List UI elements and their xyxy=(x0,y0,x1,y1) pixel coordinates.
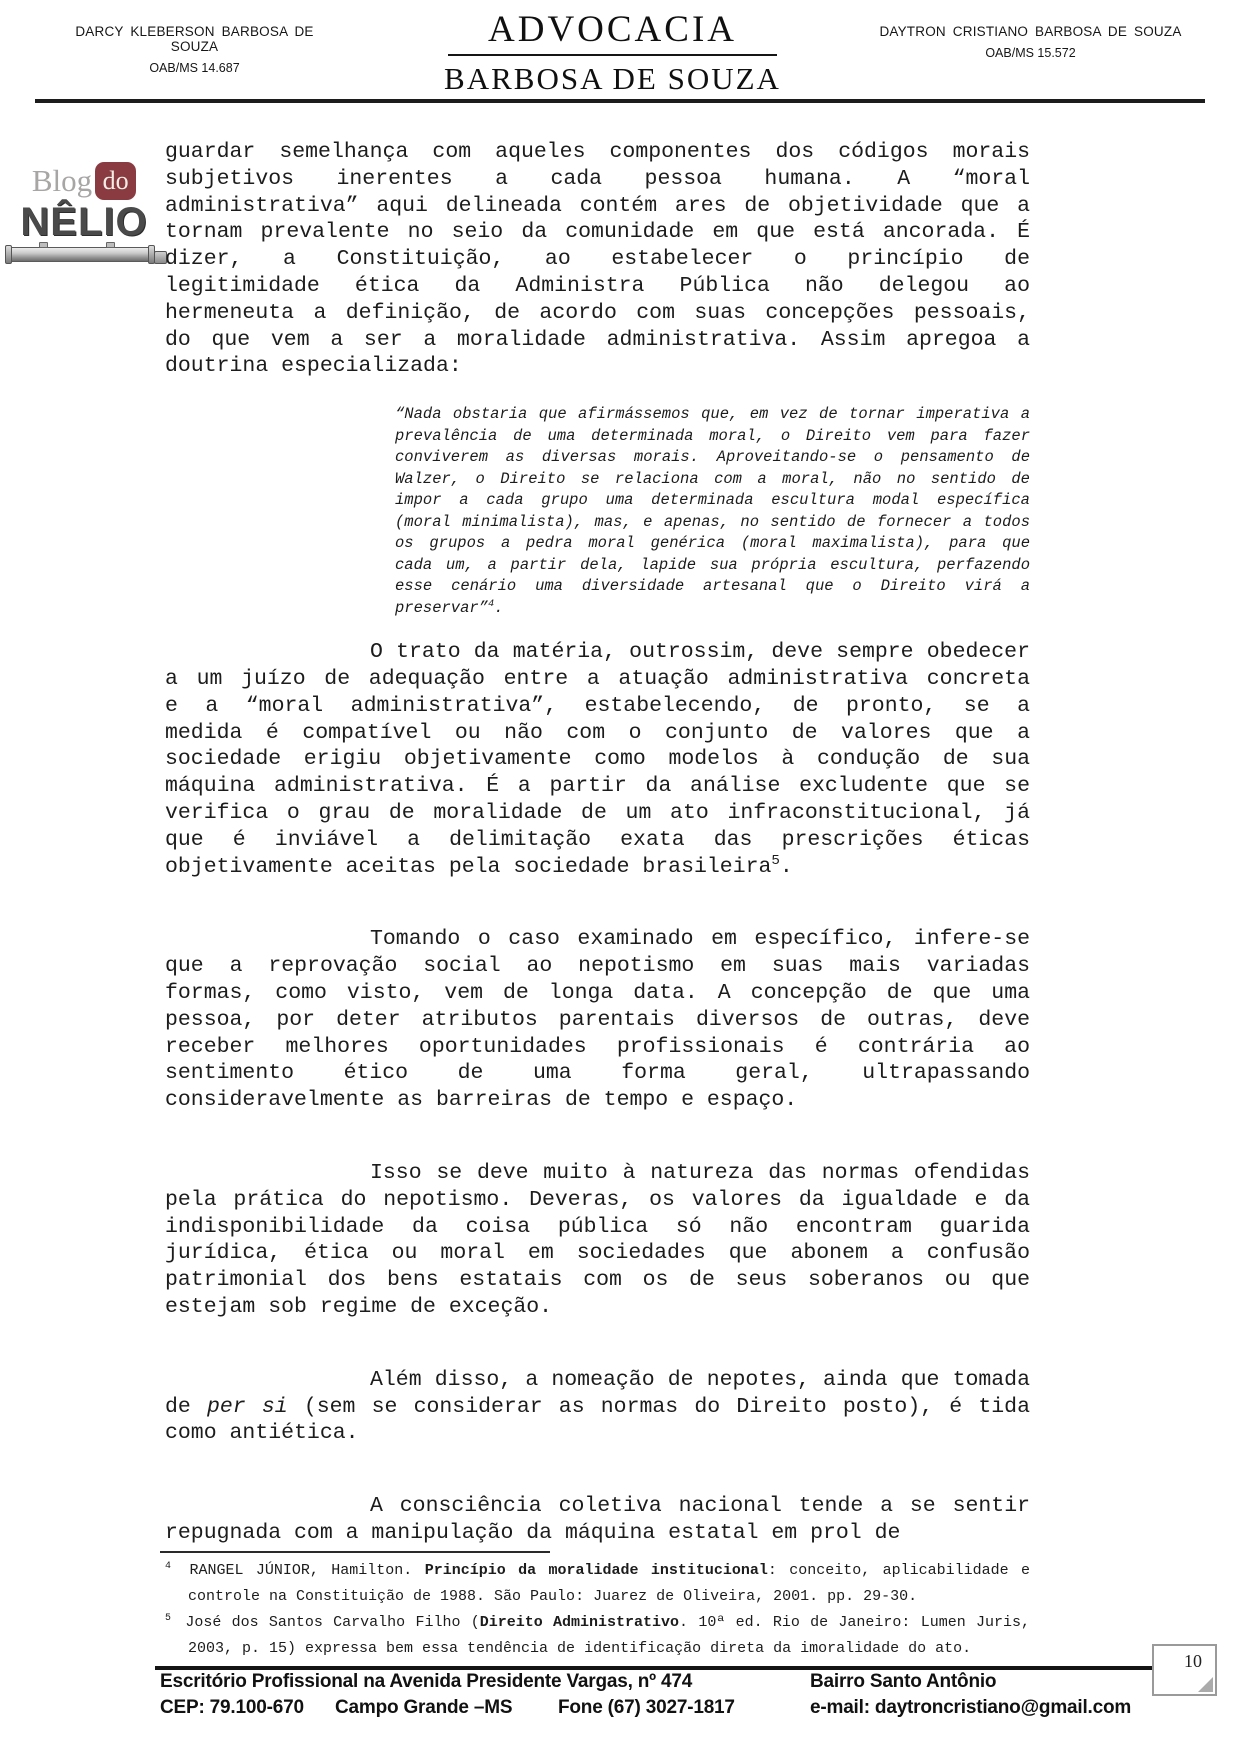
doctrine-blockquote: “Nada obstaria que afirmássemos que, em … xyxy=(395,404,1030,619)
lawyer-left-oab: OAB/MS 14.687 xyxy=(52,61,337,75)
lawyer-right-oab: OAB/MS 15.572 xyxy=(868,46,1193,60)
footer-district: Bairro Santo Antônio xyxy=(810,1671,996,1693)
lawyer-right-block: DAYTRON CRISTIANO BARBOSA DE SOUZA OAB/M… xyxy=(868,24,1193,60)
footer-phone: Fone (67) 3027-1817 xyxy=(558,1697,735,1719)
pipe-nub-icon xyxy=(106,242,115,248)
logo-word-nelio: NÊLIO xyxy=(6,200,162,244)
body-paragraph-5: Além disso, a nomeação de nepotes, ainda… xyxy=(165,1367,1030,1447)
page-corner-fold-icon xyxy=(1198,1677,1213,1692)
logo-pipe-graphic xyxy=(8,247,152,262)
logo-word-blog: Blog xyxy=(32,163,92,199)
lawyer-left-block: DARCY KLEBERSON BARBOSA DE SOUZA OAB/MS … xyxy=(52,24,337,75)
body-paragraph-6: A consciência coletiva nacional tende a … xyxy=(165,1493,1030,1547)
logo-do-badge: do xyxy=(95,162,136,200)
footnote-5: 5 José dos Santos Carvalho Filho (Direit… xyxy=(165,1610,1030,1662)
body-paragraph-3: Tomando o caso examinado em específico, … xyxy=(165,926,1030,1114)
footnotes-section: 4 RANGEL JÚNIOR, Hamilton. Princípio da … xyxy=(165,1558,1030,1662)
pipe-nub-icon xyxy=(39,242,48,248)
blog-do-nelio-logo: Blog do NÊLIO xyxy=(6,162,162,262)
document-body: guardar semelhança com aqueles component… xyxy=(165,139,1030,1547)
body-paragraph-2: O trato da matéria, outrossim, deve semp… xyxy=(165,639,1030,880)
firm-title-block: ADVOCACIA BARBOSA DE SOUZA xyxy=(440,8,785,97)
firm-title-line1: ADVOCACIA xyxy=(440,8,785,51)
footer-city: Campo Grande –MS xyxy=(335,1697,512,1719)
firm-title-line2: BARBOSA DE SOUZA xyxy=(440,61,785,97)
page-number: 10 xyxy=(1184,1651,1202,1672)
header-double-rule xyxy=(35,99,1205,103)
lawyer-left-name: DARCY KLEBERSON BARBOSA DE SOUZA xyxy=(52,24,337,54)
footer-cep: CEP: 79.100-670 xyxy=(160,1697,304,1719)
lawyer-right-name: DAYTRON CRISTIANO BARBOSA DE SOUZA xyxy=(868,24,1193,39)
body-paragraph-1: guardar semelhança com aqueles component… xyxy=(165,139,1030,380)
footer-address: Escritório Profissional na Avenida Presi… xyxy=(160,1671,692,1693)
document-page: DARCY KLEBERSON BARBOSA DE SOUZA OAB/MS … xyxy=(0,0,1240,1754)
logo-top-row: Blog do xyxy=(6,162,162,200)
logo-word-do: do xyxy=(103,166,129,196)
footer-email: e-mail: daytroncristiano@gmail.com xyxy=(810,1697,1131,1719)
page-number-box: 10 xyxy=(1152,1644,1217,1696)
footnote-4: 4 RANGEL JÚNIOR, Hamilton. Princípio da … xyxy=(165,1558,1030,1610)
pipe-left-cap-icon xyxy=(5,245,12,264)
firm-title-divider xyxy=(448,54,777,56)
body-paragraph-4: Isso se deve muito à natureza das normas… xyxy=(165,1160,1030,1321)
footer-rule xyxy=(155,1666,1152,1670)
footnote-separator-rule xyxy=(160,1551,550,1553)
